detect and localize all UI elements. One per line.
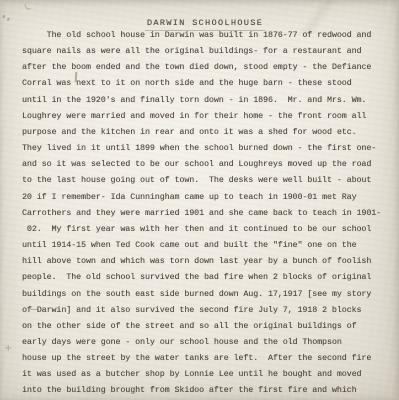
document-line: and so it was selected to be our school …: [22, 157, 388, 173]
document-line: on the other side of the street and so a…: [22, 319, 388, 335]
pencil-squiggle-mark: [24, 2, 32, 10]
document-line: of Darwin] and it also survived the seco…: [22, 303, 388, 319]
pencil-cross-mark: +: [4, 344, 12, 354]
document-line: Loughrey were married and moved in for t…: [22, 109, 388, 125]
document-line: square nails as were all the original bu…: [22, 44, 388, 60]
document-line: purpose and the kitchen in rear and onto…: [22, 125, 388, 141]
document-line: They lived in it until 1899 when the sch…: [22, 141, 388, 157]
pencil-dots-mark: [3, 15, 6, 19]
document-line: house up the street by the water tanks a…: [22, 351, 388, 367]
document-line: The old school house in Darwin was built…: [22, 28, 388, 44]
document-line: Corral was next to it on north side and …: [22, 76, 388, 92]
document-line: into the building brought from Skidoo af…: [22, 383, 388, 399]
document-line: until in the 1920's and finally torn dow…: [22, 93, 388, 109]
scanned-typewritten-page: + DARWIN SCHOOLHOUSE The old school hous…: [0, 0, 399, 400]
page-content: DARWIN SCHOOLHOUSE The old school house …: [22, 12, 388, 400]
document-line: after the boom ended and the town died d…: [22, 60, 388, 76]
document-line: Carrothers and they were married 1901 an…: [22, 206, 388, 222]
document-line: early days were gone - only our school h…: [22, 335, 388, 351]
document-line: to the last house going out of town. The…: [22, 173, 388, 189]
document-line: people. The old school survived the bad …: [22, 270, 388, 286]
title-row: DARWIN SCHOOLHOUSE: [22, 12, 388, 28]
document-line: 20 if I remember- Ida Cunningham came up…: [22, 190, 388, 206]
document-line: 02. My first year was with her then and …: [22, 222, 388, 238]
document-line: buildings on the south east side burned …: [22, 287, 388, 303]
document-line: until 1914-15 when Ted Cook came out and…: [22, 238, 388, 254]
document-line: hill above town and which was torn down …: [22, 254, 388, 270]
document-line: it was used as a butcher shop by Lonnie …: [22, 367, 388, 383]
